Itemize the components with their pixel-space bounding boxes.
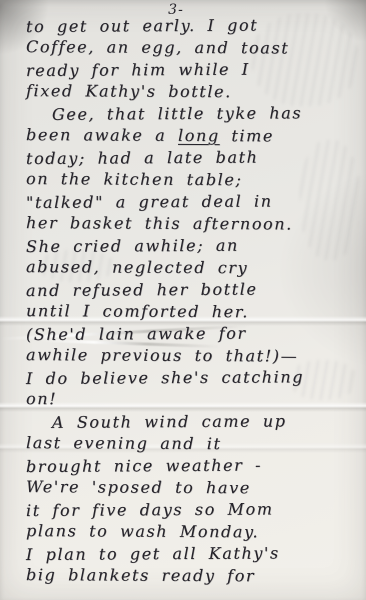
letter-line: I plan to get all Kathy's — [26, 542, 360, 566]
letter-line: on the kitchen table; — [26, 168, 360, 192]
underlined-word: long — [178, 126, 220, 145]
letter-line: Gee, that little tyke has — [26, 102, 360, 126]
letter-line: abused, neglected cry — [26, 256, 360, 280]
letter-line: awhile previous to that!)— — [26, 344, 360, 368]
letter-line: it for five days so Mom — [26, 498, 360, 522]
letter-line: today; had a late bath — [26, 146, 360, 170]
letter-line: her basket this afternoon. — [26, 212, 360, 236]
letter-line: on! — [26, 388, 360, 412]
letter-line: We're 'sposed to have — [26, 476, 360, 500]
letter-body: to get out early. I gotCoffee, an egg, a… — [26, 15, 360, 587]
letter-line: plans to wash Monday. — [26, 520, 360, 544]
letter-line: brought nice weather - — [26, 454, 360, 478]
letter-line: fixed Kathy's bottle. — [26, 80, 360, 104]
letter-line: last evening and it — [26, 432, 360, 456]
letter-line: (She'd lain awake for — [26, 322, 360, 346]
letter-line: to get out early. I got — [26, 14, 360, 38]
letter-line: until I comforted her. — [26, 300, 360, 324]
letter-line: She cried awhile; an — [26, 234, 360, 258]
scanned-letter-page: 3- to get out early. I gotCoffee, an egg… — [0, 0, 366, 600]
letter-line: "talked" a great deal in — [26, 190, 360, 214]
letter-line: been awake a long time — [26, 124, 360, 148]
letter-line: I do believe she's catching — [26, 366, 360, 390]
letter-line: A South wind came up — [26, 410, 360, 434]
letter-line: and refused her bottle — [26, 278, 360, 302]
letter-line: ready for him while I — [26, 58, 360, 82]
letter-line: big blankets ready for — [26, 564, 360, 588]
letter-line: Coffee, an egg, and toast — [26, 36, 360, 60]
